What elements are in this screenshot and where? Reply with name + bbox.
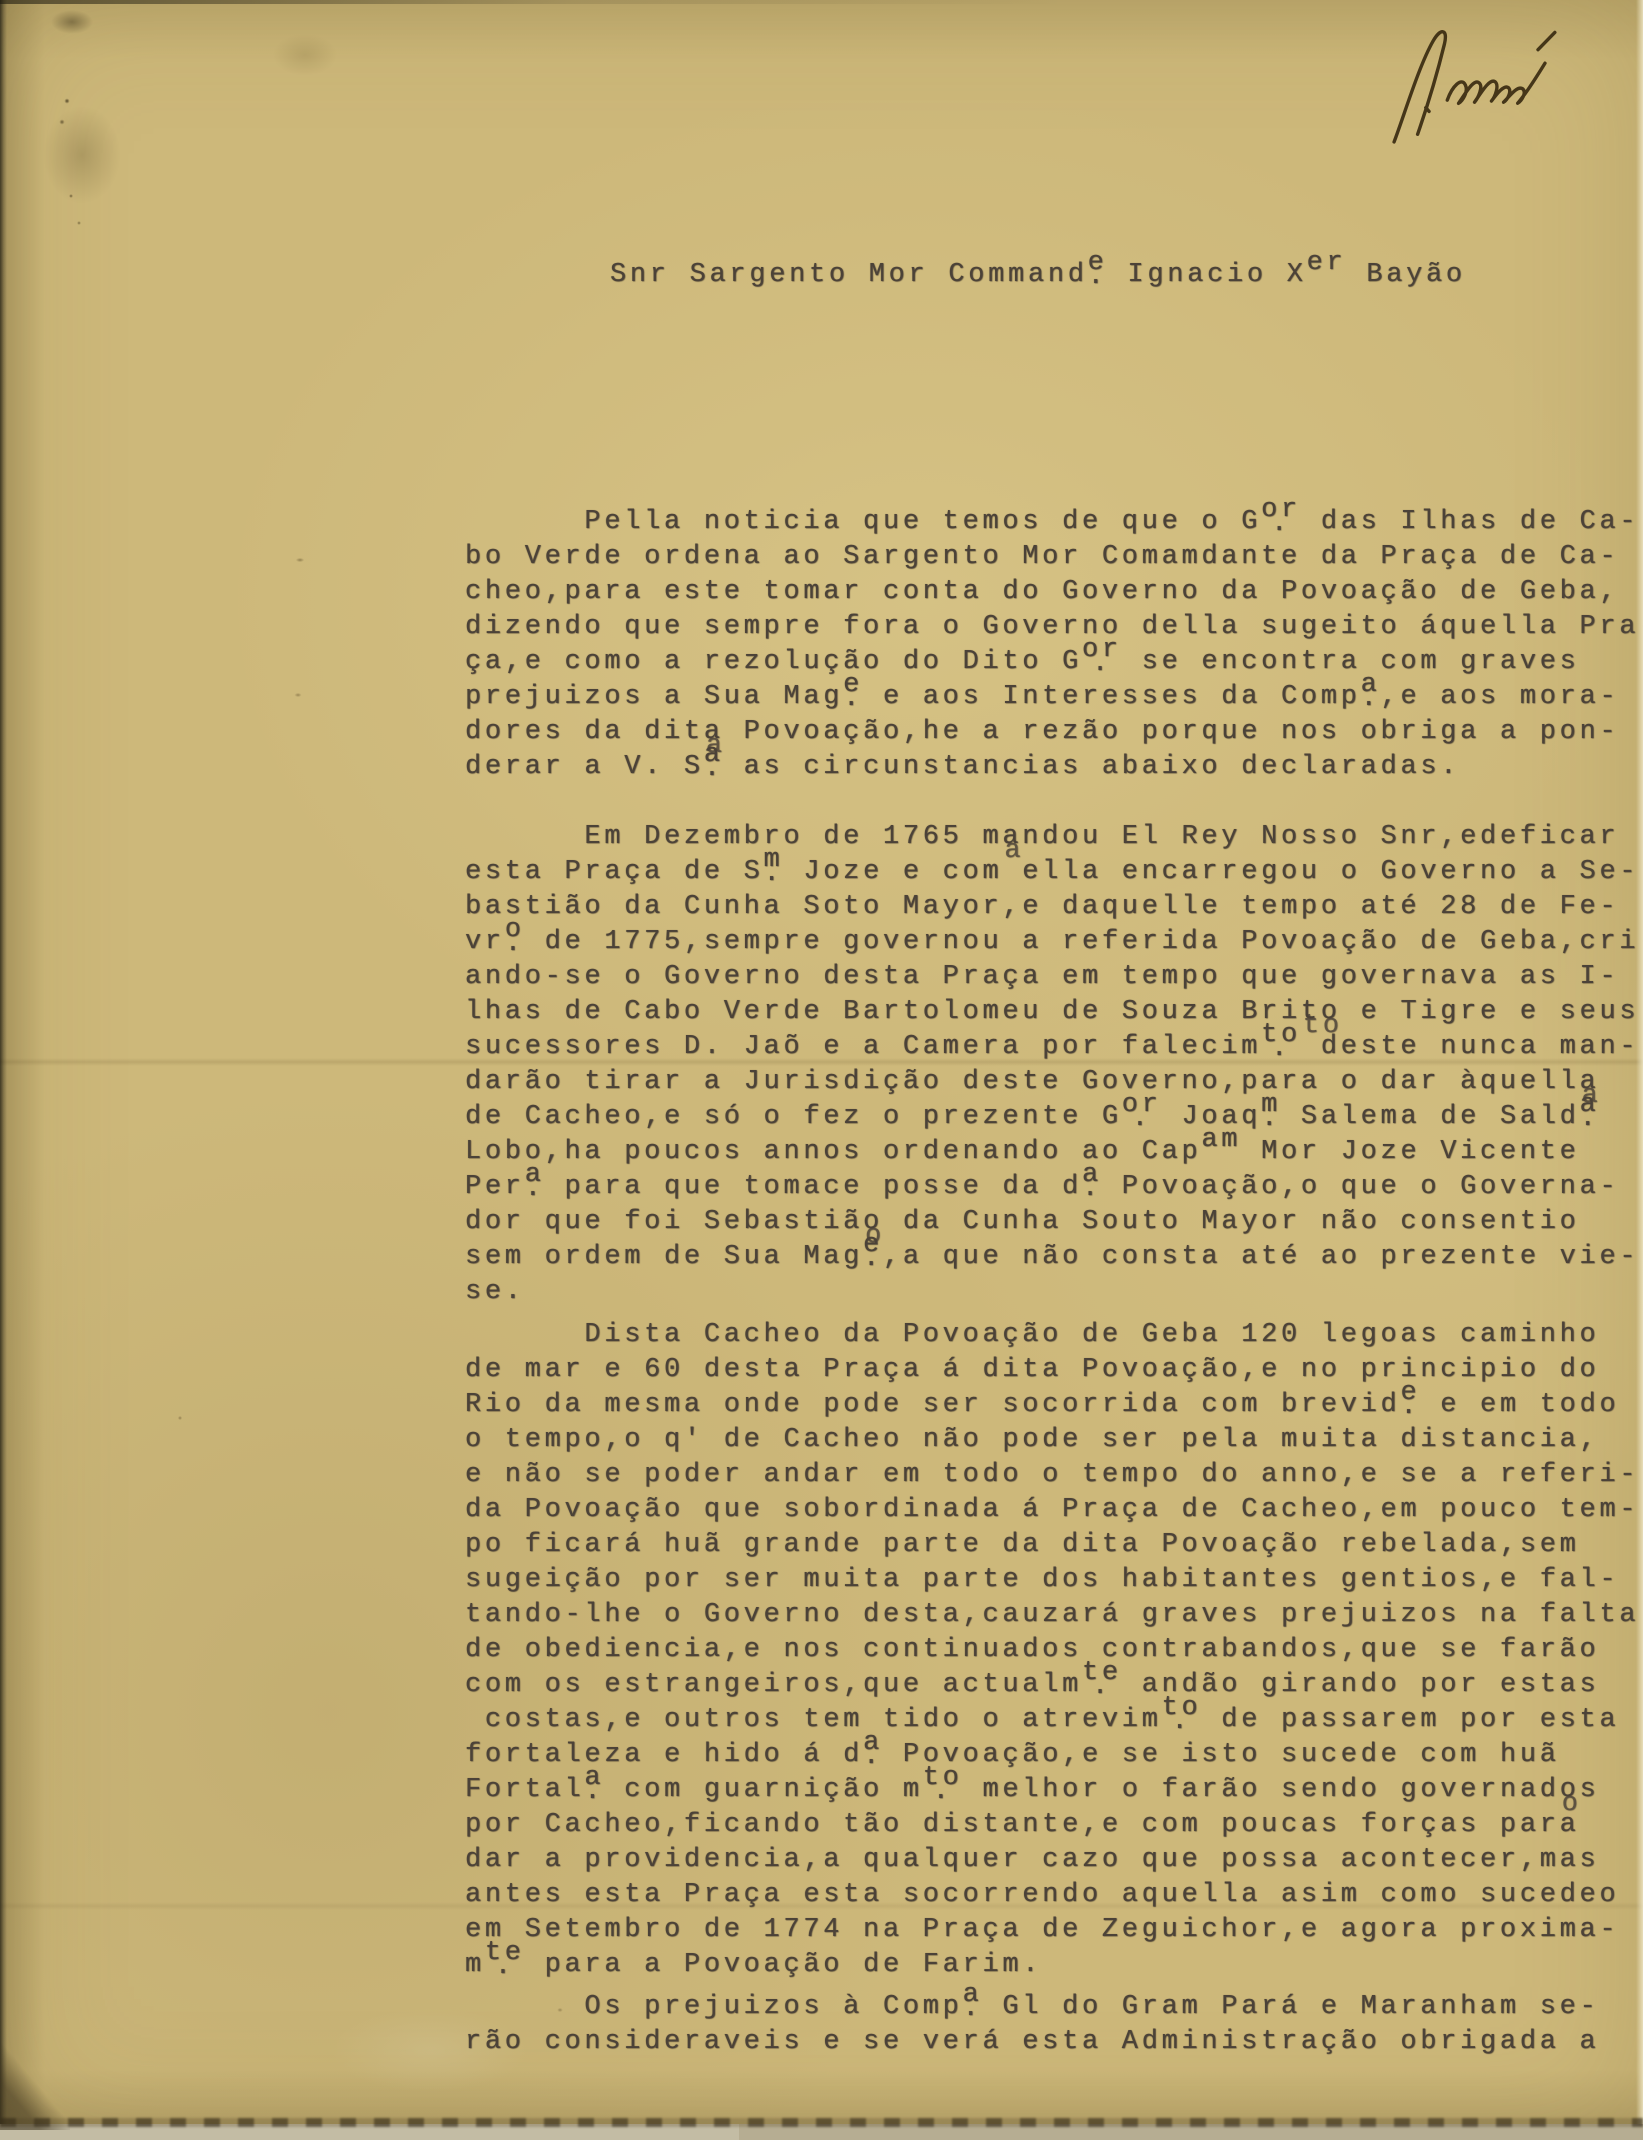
raised-abbreviation: a. — [1361, 680, 1381, 715]
raised-abbreviation: te. — [485, 1948, 525, 1983]
text-line: po ficará huã grande parte da dita Povoa… — [465, 1528, 1639, 1563]
raised-abbreviation: or. — [1261, 505, 1301, 540]
text-line: dores da ditaa Povoação,he a rezão porqu… — [465, 715, 1643, 750]
raised-abbreviation: to. — [1261, 1030, 1301, 1065]
raised-abbreviation: e. — [1088, 258, 1108, 293]
text-line: bastião da Cunha Soto Mayor,e daquelle t… — [465, 890, 1643, 925]
text-line: dar a providencia,a qualquer cazo que po… — [465, 1843, 1639, 1878]
text-line: esta Praça de Sm. Joze e com ella encarr… — [465, 855, 1643, 890]
text-line: vro. de 1775,sempre governou a referida … — [465, 925, 1643, 960]
text-line: se. — [465, 1275, 1643, 1310]
paragraph: Em Dezembro de 1765 maandou El Rey Nosso… — [465, 820, 1643, 1310]
text-line: mte. para a Povoação de Farim. — [465, 1948, 1639, 1983]
overstruck-letters: toto — [1301, 995, 1341, 1030]
text-line: Os prejuizos à Compa. Gl do Gram Pará e … — [465, 1990, 1599, 2025]
text-line: Lobo,ha poucos annos ordenando ao Capam … — [465, 1135, 1643, 1170]
text-line: de mar e 60 desta Praça á dita Povoação,… — [465, 1353, 1639, 1388]
text-line: costas,e outros tem tido o atrevimto. de… — [465, 1703, 1639, 1738]
text-line: o tempo,o q' de Cacheo não pode ser pela… — [465, 1423, 1639, 1458]
text-line: prejuizos a Sua Mage. e aos Interesses d… — [465, 680, 1643, 715]
raised-abbreviation: a. — [1082, 1170, 1102, 1205]
text-line: tando-lhe o Governo desta,cauzará graves… — [465, 1598, 1639, 1633]
raised-abbreviation: a. — [584, 1773, 604, 1808]
raised-abbreviation: m. — [764, 855, 784, 890]
paper-corner-shadow — [0, 2040, 70, 2130]
handwritten-signature — [1358, 10, 1596, 151]
text-line: por Cacheo,ficando tão distante,e com po… — [465, 1808, 1639, 1843]
paragraph: Pella noticia que temos de que o Gor. da… — [465, 505, 1643, 785]
raised-abbreviation: e. — [1400, 1388, 1420, 1423]
text-line: da Povoação que sobordinada á Praça de C… — [465, 1493, 1639, 1528]
raised-abbreviation: a. — [863, 1738, 883, 1773]
text-line: com os estrangeiros,que actualmte. andão… — [465, 1668, 1639, 1703]
text-line: Dista Cacheo da Povoação de Geba 120 leg… — [465, 1318, 1639, 1353]
paragraph: Dista Cacheo da Povoação de Geba 120 leg… — [465, 1318, 1639, 1983]
raised-abbreviation: a. — [963, 1990, 983, 2025]
text-line: antes esta Praça esta socorrendo aquella… — [465, 1878, 1639, 1913]
text-line: derar a V. Sa. as circunstancias abaixo … — [465, 750, 1643, 785]
paper-bottom-edge — [0, 2118, 1643, 2127]
raised-abbreviation: m. — [1261, 1100, 1281, 1135]
text-line: lhas de Cabo Verde Bartolomeu de Souza B… — [465, 995, 1643, 1030]
text-line: e não se poder andar em todo o tempo do … — [465, 1458, 1639, 1493]
raised-abbreviation: am — [1201, 1123, 1241, 1158]
paragraph: Os prejuizos à Compa. Gl do Gram Pará e … — [465, 1990, 1599, 2060]
raised-abbreviation: to. — [923, 1773, 963, 1808]
text-line: sugeição por ser muita parte dos habitan… — [465, 1563, 1639, 1598]
raised-abbreviation: a. — [525, 1170, 545, 1205]
text-line: dizendo que sempre fora o Governo della … — [465, 610, 1643, 645]
raised-abbreviation: a. — [704, 750, 724, 785]
raised-abbreviation: or. — [1122, 1100, 1162, 1135]
overstruck-letters: aa — [1002, 820, 1022, 855]
paper-top-edge — [0, 0, 1643, 4]
raised-abbreviation: te. — [1082, 1668, 1122, 1703]
text-line: de Cacheo,e só o fez o prezente Gor. Joa… — [465, 1100, 1643, 1135]
letter-page: Snr Sargento Mor Commande. Ignacio Xer B… — [0, 0, 1643, 2140]
text-line: Fortala. com guarnição mto. melhor o far… — [465, 1773, 1639, 1808]
text-line: darão tirar a Jurisdição deste Governo,p… — [465, 1065, 1643, 1100]
raised-abbreviation: o. — [505, 925, 525, 960]
overstruck-letters: oo — [1560, 1773, 1580, 1808]
raised-abbreviation: er — [1307, 246, 1347, 281]
text-line: Em Dezembro de 1765 maandou El Rey Nosso… — [465, 820, 1643, 855]
raised-abbreviation: to. — [1162, 1703, 1202, 1738]
text-line: ça,e como a rezolução do Dito Gor. se en… — [465, 645, 1643, 680]
text-line: cheo,para este tomar conta do Governo da… — [465, 575, 1643, 610]
text-line: de obediencia,e nos continuados contraba… — [465, 1633, 1639, 1668]
raised-abbreviation: or. — [1082, 645, 1122, 680]
salutation-line: Snr Sargento Mor Commande. Ignacio Xer B… — [610, 258, 1466, 293]
raised-abbreviation: e. — [863, 1240, 883, 1275]
text-line: sem ordem de Sua Mage.,a que não consta … — [465, 1240, 1643, 1275]
text-line: dor que foi Sebastiãoo da Cunha Souto Ma… — [465, 1205, 1643, 1240]
text-line: bo Verde ordena ao Sargento Mor Comamdan… — [465, 540, 1643, 575]
raised-abbreviation: e. — [843, 680, 863, 715]
text-line: Pera. para que tomace posse da da. Povoa… — [465, 1170, 1643, 1205]
text-line: fortaleza e hido á da. Povoação,e se ist… — [465, 1738, 1639, 1773]
text-line: em Setembro de 1774 na Praça de Zeguicho… — [465, 1913, 1639, 1948]
text-line: ando-se o Governo desta Praça em tempo q… — [465, 960, 1643, 995]
raised-abbreviation: a. — [1580, 1100, 1600, 1135]
paper-left-edge — [0, 0, 7, 2140]
text-line: Rio da mesma onde pode ser socorrida com… — [465, 1388, 1639, 1423]
text-line: rão consideraveis e se verá esta Adminis… — [465, 2025, 1599, 2060]
text-line: Pella noticia que temos de que o Gor. da… — [465, 505, 1643, 540]
text-line: sucessores D. Jaõ e a Camera por falecim… — [465, 1030, 1643, 1065]
